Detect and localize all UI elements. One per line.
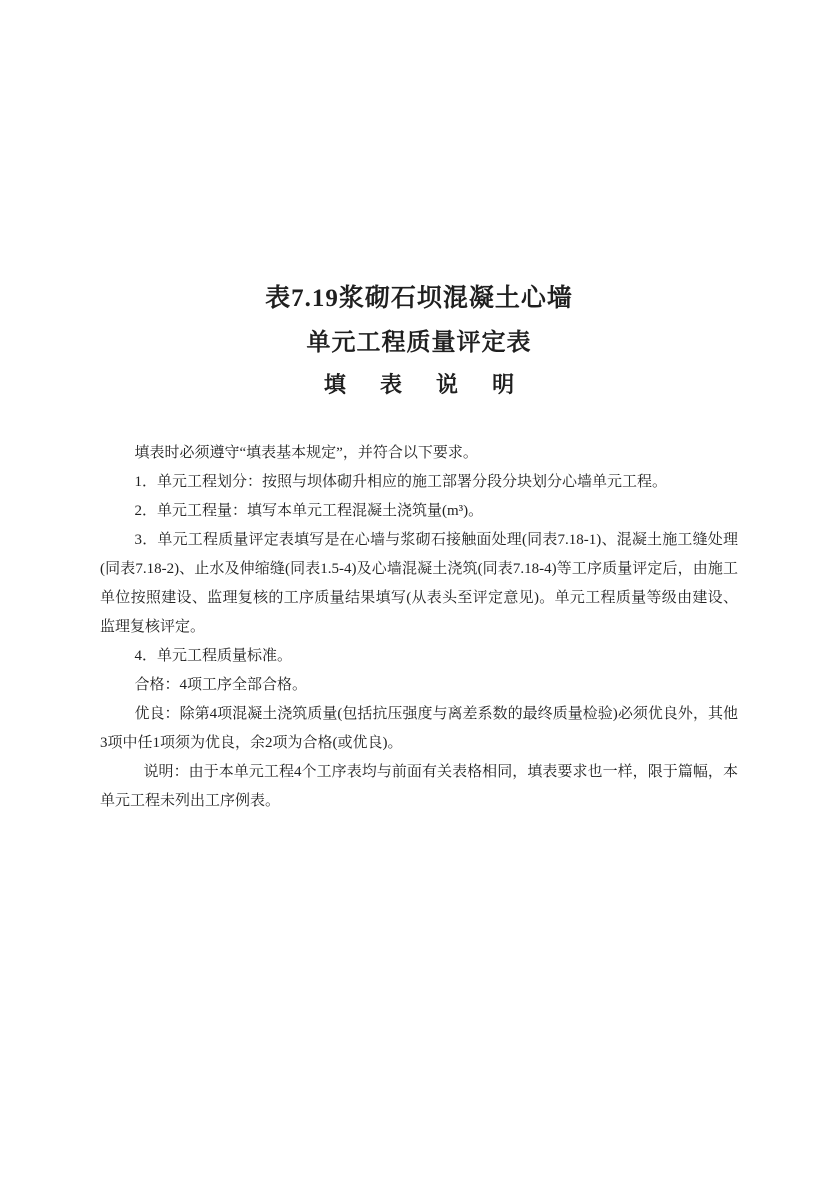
paragraph-qualified: 合格：4项工序全部合格。: [100, 671, 738, 700]
document-title-line-3: 填表说明: [34, 374, 838, 396]
instructions-body: 填表时必须遵守“填表基本规定”，并符合以下要求。 1．单元工程划分：按照与坝体砌…: [100, 439, 738, 816]
document-page: 表7.19浆砌石坝混凝土心墙 单元工程质量评定表 填表说明 填表时必须遵守“填表…: [0, 0, 838, 1186]
paragraph-intro: 填表时必须遵守“填表基本规定”，并符合以下要求。: [100, 439, 738, 468]
title-block: 表7.19浆砌石坝混凝土心墙 单元工程质量评定表 填表说明: [0, 0, 838, 396]
paragraph-excellent: 优良：除第4项混凝土浇筑质量(包括抗压强度与离差系数的最终质量检验)必须优良外，…: [100, 700, 738, 758]
document-title-line-1: 表7.19浆砌石坝混凝土心墙: [0, 286, 838, 311]
paragraph-item-2: 2．单元工程量：填写本单元工程混凝土浇筑量(m³)。: [100, 497, 738, 526]
paragraph-item-1: 1．单元工程划分：按照与坝体砌升相应的施工部署分段分块划分心墙单元工程。: [100, 468, 738, 497]
paragraph-item-4: 4．单元工程质量标准。: [100, 642, 738, 671]
paragraph-item-3: 3．单元工程质量评定表填写是在心墙与浆砌石接触面处理(同表7.18-1)、混凝土…: [100, 526, 738, 642]
paragraph-note: 说明：由于本单元工程4个工序表均与前面有关表格相同，填表要求也一样，限于篇幅，本…: [100, 758, 738, 816]
document-title-line-2: 单元工程质量评定表: [0, 331, 838, 355]
